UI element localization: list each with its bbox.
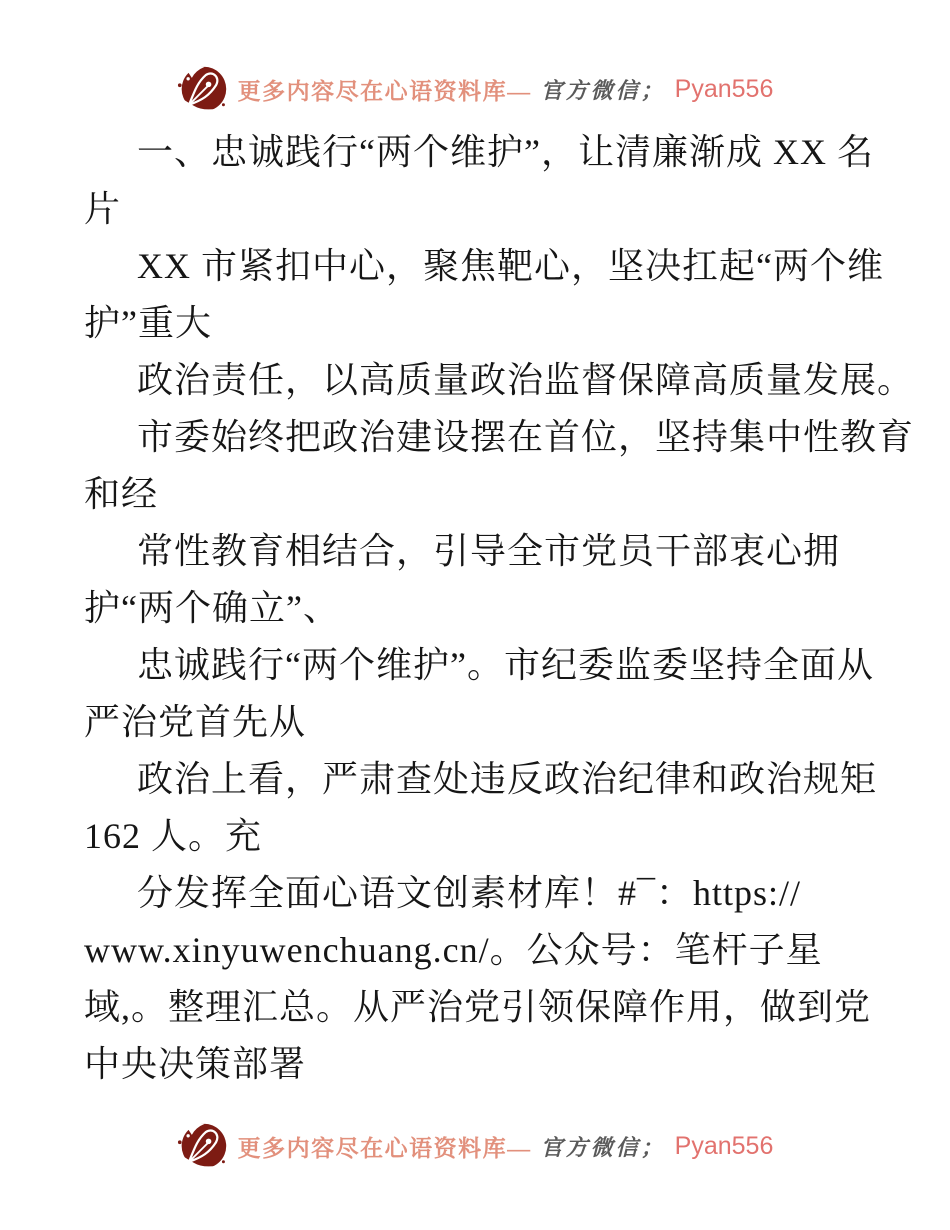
text-line: 域,。整理汇总。从严治党引领保障作用，做到党	[84, 979, 910, 1036]
pen-nib-logo-icon	[177, 1120, 229, 1172]
watermark-wechat-label: 官方微信；	[541, 1131, 666, 1162]
watermark-wechat-id: Pyan556	[675, 1132, 774, 1161]
text-line: www.xinyuwenchuang.cn/。公众号：笔杆子星	[84, 922, 910, 979]
text-line: 片	[84, 181, 910, 238]
text-line: 严治党首先从	[84, 694, 910, 751]
text-line: 政治上看，严肃查处违反政治纪律和政治规矩	[84, 751, 910, 808]
watermark-wechat-id: Pyan556	[675, 75, 774, 104]
watermark-brand-text: 更多内容尽在心语资料库—	[238, 73, 532, 106]
text-line: 护“两个确立”、	[84, 580, 910, 637]
watermark-wechat-label: 官方微信；	[541, 74, 666, 105]
document-body: 一、忠诚践行“两个维护”，让清廉渐成 XX 名 片 XX 市紧扣中心，聚焦靶心，…	[0, 124, 950, 1093]
header-watermark: 更多内容尽在心语资料库— 官方微信； Pyan556	[0, 60, 950, 118]
text-line: 和经	[84, 466, 910, 523]
text-line: 中央决策部署	[84, 1036, 910, 1093]
text-line: 162 人。充	[84, 808, 910, 865]
text-line: 一、忠诚践行“两个维护”，让清廉渐成 XX 名	[84, 124, 910, 181]
text-line: XX 市紧扣中心，聚焦靶心，坚决扛起“两个维	[84, 238, 910, 295]
text-line: 常性教育相结合，引导全市党员干部衷心拥	[84, 523, 910, 580]
text-line: 政治责任，以高质量政治监督保障高质量发展。	[84, 352, 910, 409]
text-line: 分发挥全面心语文创素材库！#¯：https://	[84, 865, 910, 922]
text-line: 忠诚践行“两个维护”。市纪委监委坚持全面从	[84, 637, 910, 694]
document-page: 更多内容尽在心语资料库— 官方微信； Pyan556 一、忠诚践行“两个维护”，…	[0, 0, 950, 1230]
text-line: 市委始终把政治建设摆在首位，坚持集中性教育	[84, 409, 910, 466]
footer-watermark: 更多内容尽在心语资料库— 官方微信； Pyan556	[0, 1117, 950, 1175]
watermark-brand-text: 更多内容尽在心语资料库—	[238, 1130, 532, 1163]
text-line: 护”重大	[84, 295, 910, 352]
pen-nib-logo-icon	[177, 63, 229, 115]
